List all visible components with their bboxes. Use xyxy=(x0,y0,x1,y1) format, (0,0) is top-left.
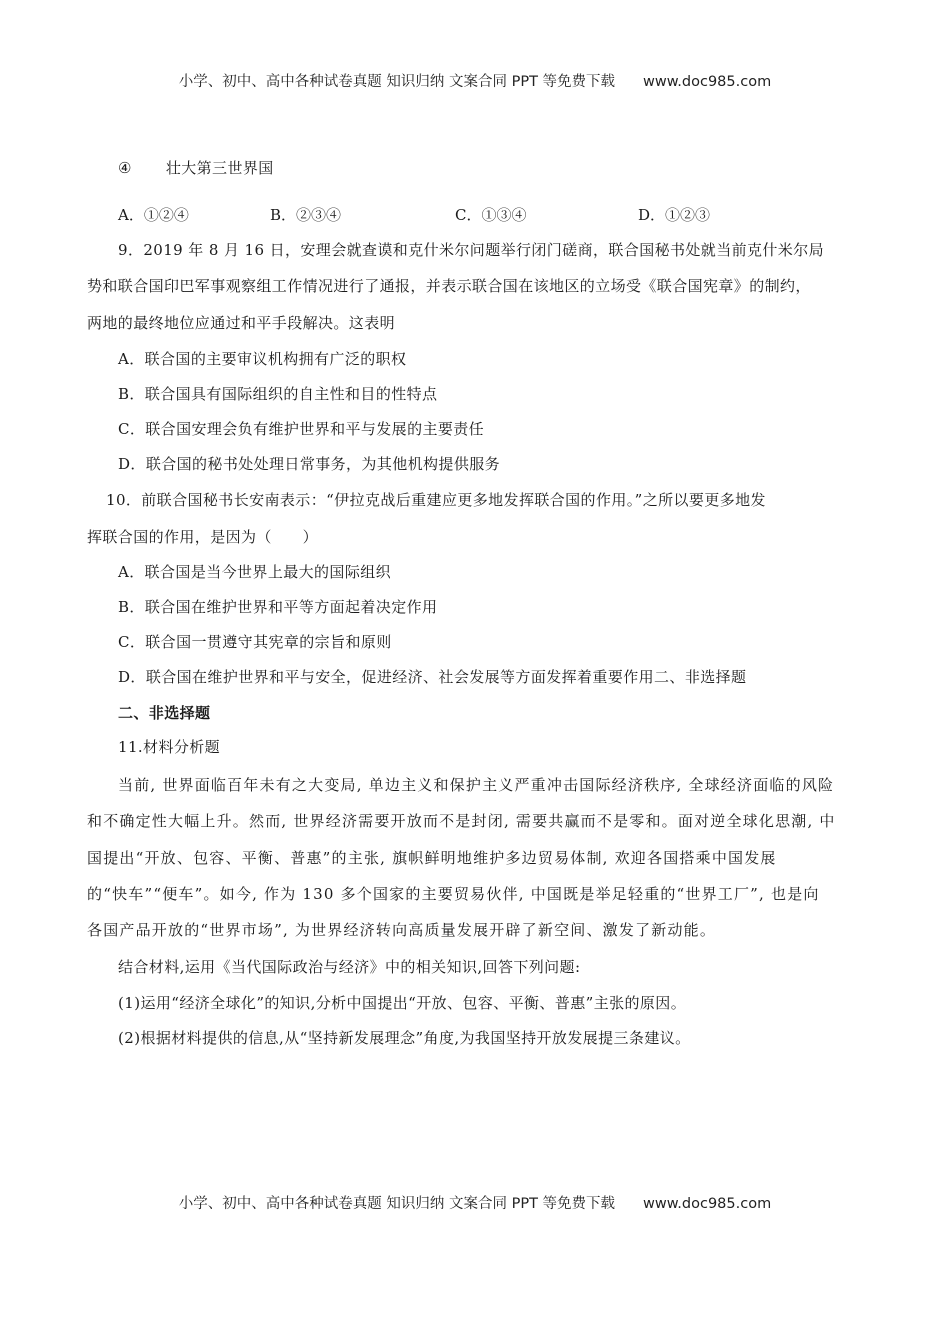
page-footer: 小学、初中、高中各种试卷真题 知识归纳 文案合同 PPT 等免费下载www.do… xyxy=(0,1192,950,1213)
q8-option-a: A．①②④ xyxy=(118,205,189,225)
q8-option-c: C．①③④ xyxy=(455,205,526,225)
q10-option-b: B．联合国在维护世界和平等方面起着决定作用 xyxy=(118,597,437,617)
q10-stem-line-1: 10．前联合国秘书长安南表示：“伊拉克战后重建应更多地发挥联合国的作用。”之所以… xyxy=(106,490,766,510)
q8-item-4: ④壮大第三世界国 xyxy=(118,158,274,178)
material-line-1: 当前, 世界面临百年未有之大变局, 单边主义和保护主义严重冲击国际经济秩序, 全… xyxy=(118,775,834,795)
q10-option-c: C．联合国一贯遵守其宪章的宗旨和原则 xyxy=(118,632,392,652)
material-line-3: 国提出“开放、包容、平衡、普惠”的主张, 旗帜鲜明地维护多边贸易体制, 欢迎各国… xyxy=(87,848,777,868)
footer-site-link[interactable]: www.doc985.com xyxy=(643,1196,771,1212)
header-site-link[interactable]: www.doc985.com xyxy=(643,74,771,90)
q9-stem-line-1: 9．2019 年 8 月 16 日，安理会就查谟和克什米尔问题举行闭门磋商，联合… xyxy=(118,240,824,260)
q9-option-b: B．联合国具有国际组织的自主性和目的性特点 xyxy=(118,384,437,404)
q11-title: 11.材料分析题 xyxy=(118,737,220,757)
q8-item-4-number: ④ xyxy=(118,159,132,177)
footer-text: 小学、初中、高中各种试卷真题 知识归纳 文案合同 PPT 等免费下载 xyxy=(179,1196,615,1212)
material-line-5: 各国产品开放的“世界市场”, 为世界经济转向高质量发展开辟了新空间、激发了新动能… xyxy=(87,920,716,940)
q8-option-d: D．①②③ xyxy=(638,205,710,225)
q9-option-a: A．联合国的主要审议机构拥有广泛的职权 xyxy=(118,349,406,369)
material-line-2: 和不确定性大幅上升。然而, 世界经济需要开放而不是封闭, 需要共赢而不是零和。面… xyxy=(87,811,836,831)
q8-option-b: B．②③④ xyxy=(270,205,341,225)
q11-sub-question-2: (2)根据材料提供的信息,从“坚持新发展理念”角度,为我国坚持开放发展提三条建议… xyxy=(118,1028,691,1048)
q8-item-4-text: 壮大第三世界国 xyxy=(166,159,274,177)
q10-stem-line-2: 挥联合国的作用，是因为（ ） xyxy=(87,527,318,547)
material-line-4: 的“快车”“便车”。如今, 作为 130 多个国家的主要贸易伙伴, 中国既是举足… xyxy=(87,884,820,904)
page-header: 小学、初中、高中各种试卷真题 知识归纳 文案合同 PPT 等免费下载www.do… xyxy=(0,70,950,91)
q10-option-a: A．联合国是当今世界上最大的国际组织 xyxy=(118,562,391,582)
q11-instruction: 结合材料,运用《当代国际政治与经济》中的相关知识,回答下列问题: xyxy=(118,957,580,977)
q9-option-c: C．联合国安理会负有维护世界和平与发展的主要责任 xyxy=(118,419,484,439)
q9-stem-line-3: 两地的最终地位应通过和平手段解决。这表明 xyxy=(87,313,395,333)
header-text: 小学、初中、高中各种试卷真题 知识归纳 文案合同 PPT 等免费下载 xyxy=(179,74,615,90)
q10-option-d: D．联合国在维护世界和平与安全，促进经济、社会发展等方面发挥着重要作用二、非选择… xyxy=(118,667,746,687)
q9-option-d: D．联合国的秘书处处理日常事务，为其他机构提供服务 xyxy=(118,454,500,474)
section-heading: 二、非选择题 xyxy=(118,703,210,723)
q11-sub-question-1: (1)运用“经济全球化”的知识,分析中国提出“开放、包容、平衡、普惠”主张的原因… xyxy=(118,993,686,1013)
q9-stem-line-2: 势和联合国印巴军事观察组工作情况进行了通报，并表示联合国在该地区的立场受《联合国… xyxy=(87,276,811,296)
